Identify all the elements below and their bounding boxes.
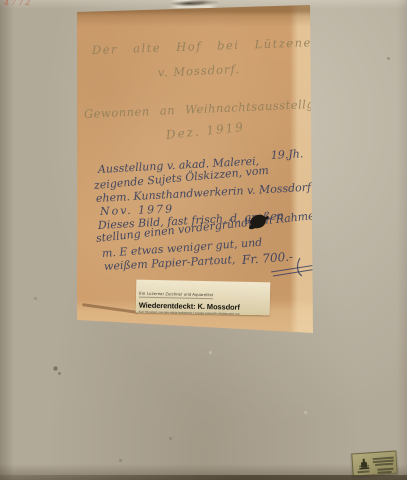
handwritten-note-date: Dez. 1919 xyxy=(165,120,245,142)
backing-paper: Der alte Hof bei Lützenen v. Mossdorf. G… xyxy=(74,3,314,335)
inventory-number-red: 4772 xyxy=(4,0,33,7)
handwritten-note-line1: Gewonnen an Weihnachtsausstellg. xyxy=(84,97,319,121)
newspaper-clipping: Ein Luzerner Zeichner und Aquarellist Wi… xyxy=(136,280,271,316)
handwritten-title-line1: Der alte Hof bei Lützenen xyxy=(92,35,321,57)
photo-artwork-back: 4772 Der alte Hof bei Lützenen v. Mossdo… xyxy=(0,0,407,480)
monument-icon xyxy=(358,457,371,471)
pen-note-line1-century: 19.Jh. xyxy=(271,147,304,162)
tape-residue xyxy=(170,0,218,8)
pen-flourish xyxy=(270,257,318,279)
handwritten-title-line2: v. Mossdorf. xyxy=(124,60,274,81)
clipping-kicker: Ein Luzerner Zeichner und Aquarellist xyxy=(139,291,213,299)
gallery-label xyxy=(351,450,397,476)
mat-specks xyxy=(0,0,1,1)
stain-streak xyxy=(82,303,138,314)
photo-bottom-shadow xyxy=(0,475,407,480)
